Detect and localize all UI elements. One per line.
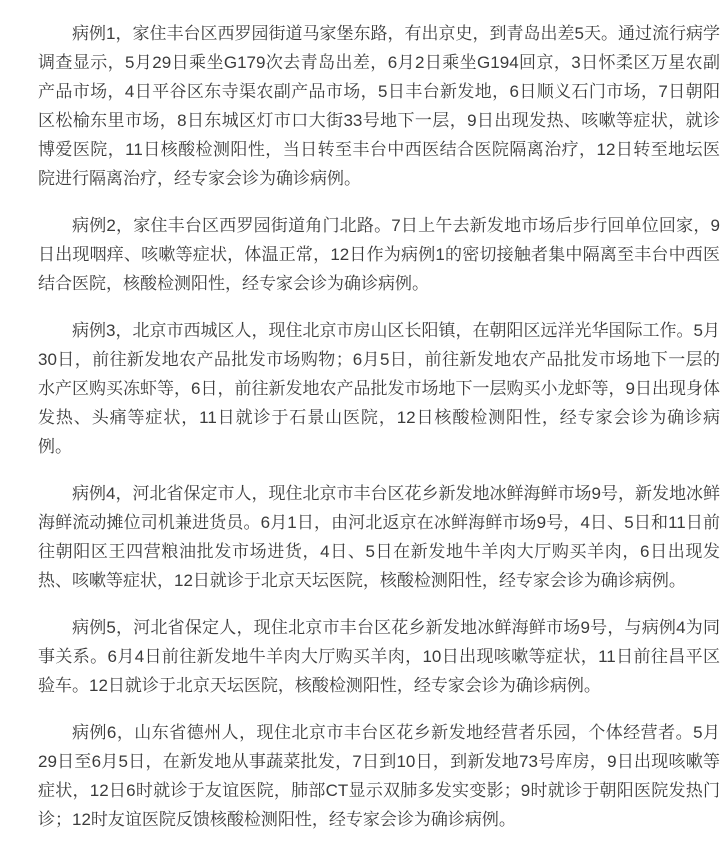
article-body: 病例1，家住丰台区西罗园街道马家堡东路，有出京史，到青岛出差5天。通过流行病学调…: [0, 0, 728, 834]
case-paragraph-5: 病例5，河北省保定人，现住北京市丰台区花乡新发地冰鲜海鲜市场9号，与病例4为同事…: [38, 613, 720, 700]
case-paragraph-3: 病例3，北京市西城区人，现住北京市房山区长阳镇，在朝阳区远洋光华国际工作。5月3…: [38, 316, 720, 461]
case-paragraph-4: 病例4，河北省保定市人，现住北京市丰台区花乡新发地冰鲜海鲜市场9号，新发地冰鲜海…: [38, 479, 720, 595]
case-paragraph-6: 病例6，山东省德州人，现住北京市丰台区花乡新发地经营者乐园，个体经营者。5月29…: [38, 718, 720, 834]
case-paragraph-2: 病例2，家住丰台区西罗园街道角门北路。7日上午去新发地市场后步行回单位回家，9日…: [38, 211, 720, 298]
case-paragraph-1: 病例1，家住丰台区西罗园街道马家堡东路，有出京史，到青岛出差5天。通过流行病学调…: [38, 19, 720, 193]
